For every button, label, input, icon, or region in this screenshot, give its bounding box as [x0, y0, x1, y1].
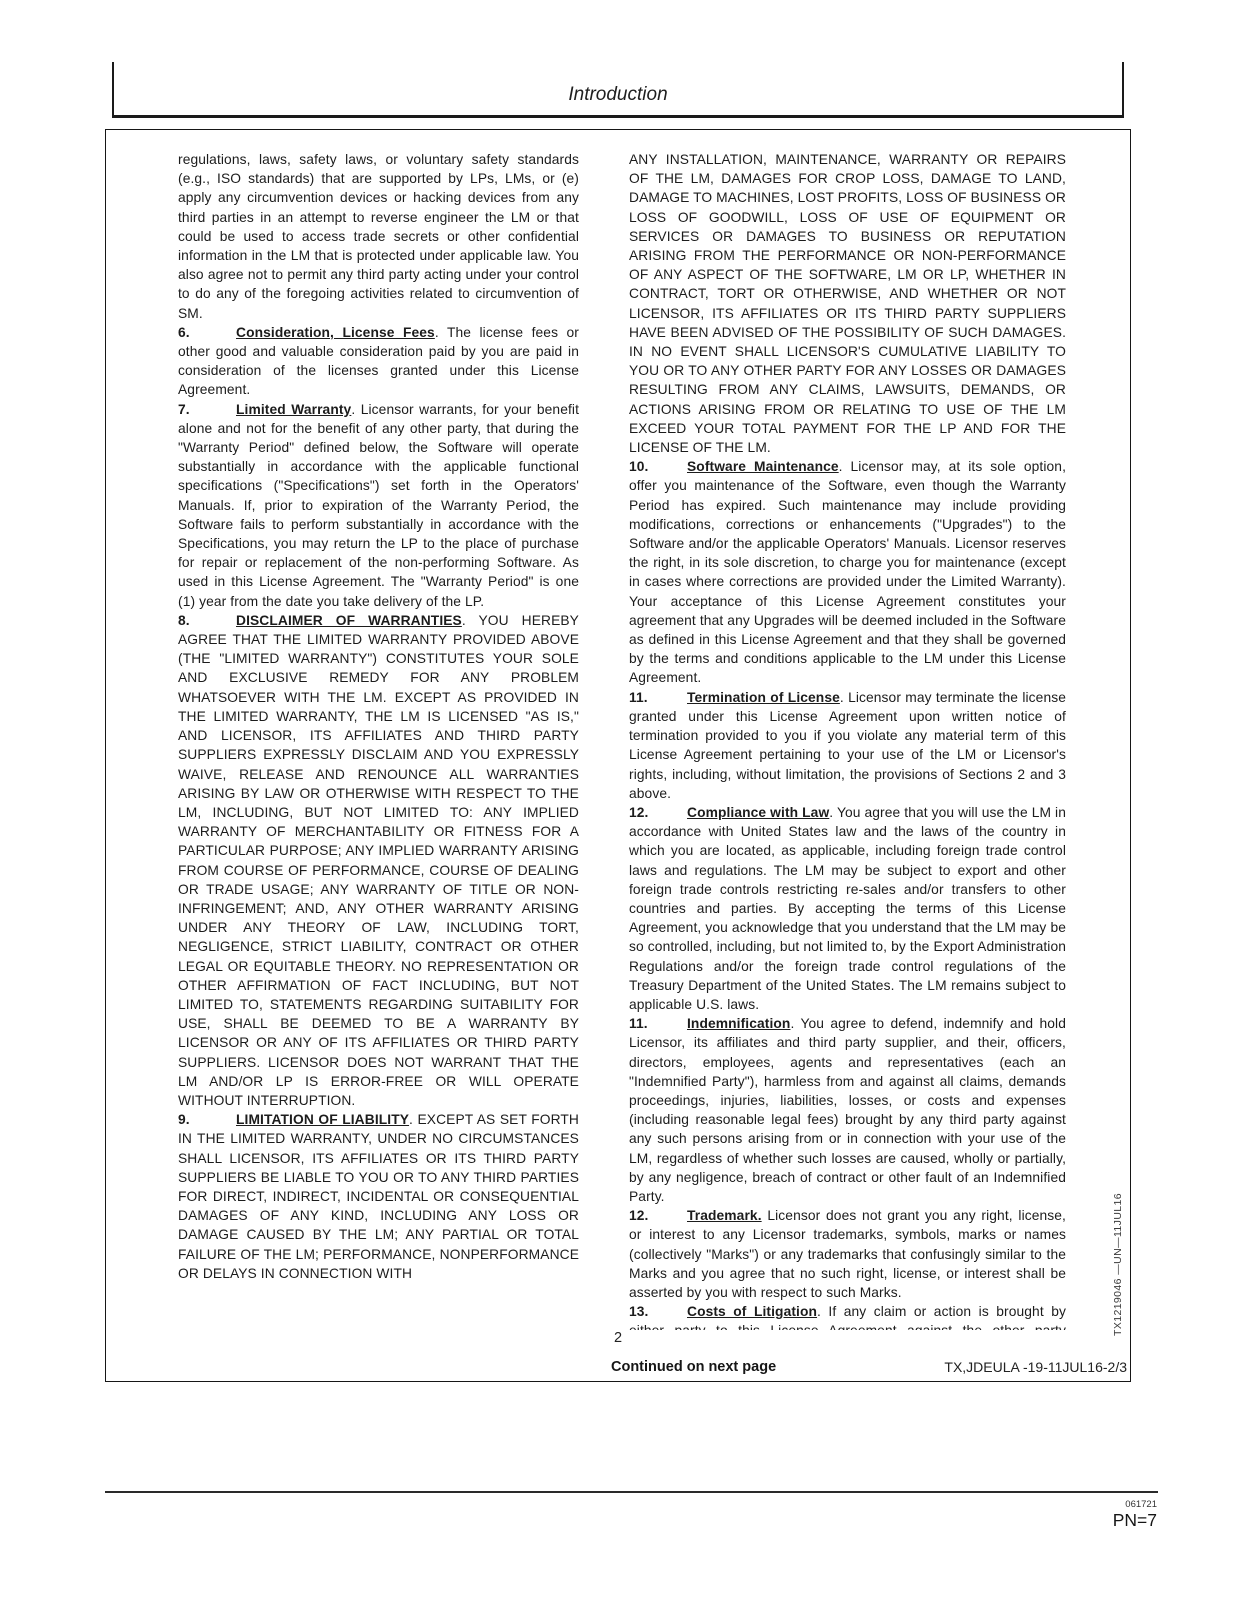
section-heading: Trademark.	[687, 1208, 762, 1223]
section-number: 7.	[178, 400, 236, 419]
section-number: 11.	[629, 1014, 687, 1033]
section-number: 11.	[629, 688, 687, 707]
paragraph-text: . Licensor warrants, for your benefit al…	[178, 402, 579, 609]
paragraph-section-10: 10.Software Maintenance. Licensor may, a…	[629, 457, 1066, 687]
section-number: 12.	[629, 1206, 687, 1225]
paragraph-section-7: 7.Limited Warranty. Licensor warrants, f…	[178, 400, 579, 611]
footer-page-code: PN=7	[1113, 1510, 1157, 1531]
section-heading: Limited Warranty	[236, 402, 351, 417]
footer-rule	[105, 1491, 1158, 1493]
doc-ref-code: TX,JDEULA -19-11JUL16-2/3	[944, 1359, 1127, 1375]
paragraph-text: . Licensor may terminate the license gra…	[629, 690, 1066, 801]
section-heading: Costs of Litigation	[687, 1304, 817, 1319]
section-heading: Compliance with Law	[687, 805, 829, 820]
vertical-image-ref: TX1219046 —UN—11JUL16	[1112, 1166, 1124, 1336]
paragraph-text: regulations, laws, safety laws, or volun…	[178, 152, 579, 321]
section-heading: Consideration, License Fees	[236, 325, 435, 340]
section-number: 12.	[629, 803, 687, 822]
right-column: ANY INSTALLATION, MAINTENANCE, WARRANTY …	[629, 150, 1066, 1330]
page-title: Introduction	[112, 84, 1124, 106]
section-heading: Indemnification	[687, 1016, 790, 1031]
section-number: 10.	[629, 457, 687, 476]
paragraph-section-11b: 11.Indemnification. You agree to defend,…	[629, 1014, 1066, 1206]
paragraph-section-6: 6.Consideration, License Fees. The licen…	[178, 323, 579, 400]
paragraph-text: ANY INSTALLATION, MAINTENANCE, WARRANTY …	[629, 152, 1066, 455]
paragraph-text: . EXCEPT AS SET FORTH IN THE LIMITED WAR…	[178, 1112, 579, 1281]
section-number: 6.	[178, 323, 236, 342]
continued-note: Continued on next page	[611, 1359, 776, 1375]
paragraph-text: . You agree to defend, indemnify and hol…	[629, 1016, 1066, 1204]
paragraph-text: . You agree that you will use the LM in …	[629, 805, 1066, 1012]
section-heading: Termination of License	[687, 690, 840, 705]
section-heading: Software Maintenance	[687, 459, 839, 474]
header-rule	[112, 115, 1124, 118]
content-box: regulations, laws, safety laws, or volun…	[105, 129, 1131, 1382]
paragraph-continuation: regulations, laws, safety laws, or volun…	[178, 150, 579, 323]
paragraph-section-9: 9.LIMITATION OF LIABILITY. EXCEPT AS SET…	[178, 1110, 579, 1283]
section-heading: LIMITATION OF LIABILITY	[236, 1112, 409, 1127]
section-number: 9.	[178, 1110, 236, 1129]
paragraph-section-12: 12.Compliance with Law. You agree that y…	[629, 803, 1066, 1014]
paragraph-continuation: ANY INSTALLATION, MAINTENANCE, WARRANTY …	[629, 150, 1066, 457]
paragraph-section-13: 13.Costs of Litigation. If any claim or …	[629, 1302, 1066, 1330]
section-number: 13.	[629, 1302, 687, 1321]
left-column: regulations, laws, safety laws, or volun…	[178, 150, 579, 1330]
manual-page: Introduction regulations, laws, safety l…	[0, 0, 1236, 1600]
paragraph-section-12b: 12.Trademark. Licensor does not grant yo…	[629, 1206, 1066, 1302]
section-number: 8.	[178, 611, 236, 630]
paragraph-section-8: 8.DISCLAIMER OF WARRANTIES. YOU HEREBY A…	[178, 611, 579, 1110]
section-heading: DISCLAIMER OF WARRANTIES	[236, 613, 462, 628]
page-number: 2	[106, 1330, 1130, 1346]
footer-date-code: 061721	[1125, 1499, 1157, 1510]
paragraph-text: . Licensor may, at its sole option, offe…	[629, 459, 1066, 685]
paragraph-text: . YOU HEREBY AGREE THAT THE LIMITED WARR…	[178, 613, 579, 1108]
paragraph-section-11: 11.Termination of License. Licensor may …	[629, 688, 1066, 803]
